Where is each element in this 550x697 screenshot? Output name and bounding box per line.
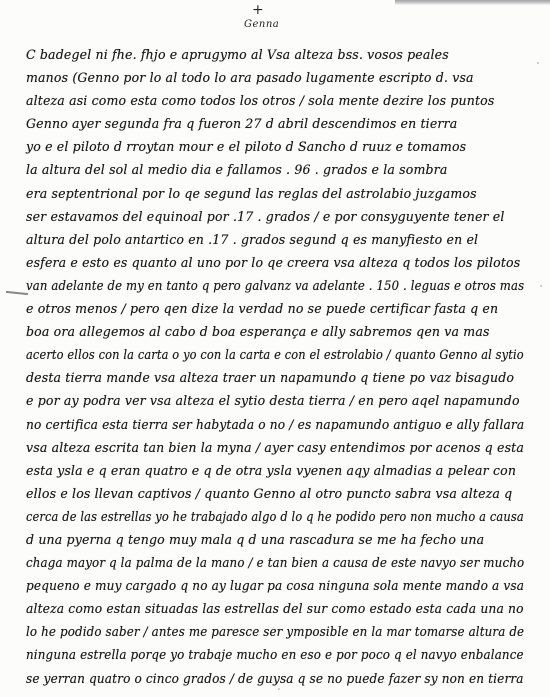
- text-line: chaga mayor q la palma de la mano / e ta…: [26, 551, 497, 574]
- text-line: van adelante de my en tanto q pero galva…: [26, 274, 490, 297]
- text-line: e por ay podra ver vsa alteza el sytio d…: [26, 389, 524, 412]
- text-line: desta tierra mande vsa alteza traer un n…: [26, 366, 524, 389]
- text-line: no certifica esta tierra ser habytada o …: [26, 413, 510, 436]
- paper-speck: [537, 62, 539, 64]
- text-line: esta ysla e q eran quatro e q de otra ys…: [26, 459, 524, 482]
- text-line: Genno ayer segunda fra q fueron 27 d abr…: [26, 112, 524, 135]
- manuscript-page: + Genna C badegel ni fhe. fhjo e aprugym…: [0, 0, 550, 697]
- text-line: la altura del sol al medio dia e fallamo…: [26, 158, 524, 181]
- cross-mark-icon: +: [252, 2, 264, 18]
- text-line: C badegel ni fhe. fhjo e aprugymo al Vsa…: [26, 43, 524, 66]
- text-line: lo he podido saber / antes me paresce se…: [26, 620, 497, 643]
- text-line: pequeno e muy cargado q no ay lugar pa c…: [26, 574, 507, 597]
- text-line: alteza como estan situadas las estrellas…: [26, 597, 515, 620]
- text-line: era septentrional por lo qe segund las r…: [26, 182, 524, 205]
- margin-pen-stroke: [6, 291, 28, 295]
- text-line: e otros menos / pero qen dize la verdad …: [26, 297, 524, 320]
- text-line: boa ora allegemos al cabo d boa esperanç…: [26, 320, 524, 343]
- text-line: ser estavamos del equinoal por .17 . gra…: [26, 205, 524, 228]
- text-line: cerca de las estrellas yo he trabajado a…: [26, 505, 480, 528]
- paper-speck: [540, 285, 542, 287]
- manuscript-body: C badegel ni fhe. fhjo e aprugymo al Vsa…: [26, 43, 526, 690]
- manuscript-heading: Genna: [244, 19, 279, 30]
- text-line: esfera e esto es quanto al uno por lo qe…: [26, 251, 524, 274]
- text-line: d una pyerna q tengo muy mala q d una ra…: [26, 528, 524, 551]
- paper-speck: [278, 688, 280, 690]
- text-line: manos (Genno por lo al todo lo ara pasad…: [26, 66, 524, 89]
- text-line: vsa alteza escrita tan bien la myna / ay…: [26, 436, 524, 459]
- text-line: alteza asi como esta como todos los otro…: [26, 89, 524, 112]
- text-line: se yerran quatro o cinco grados / de guy…: [26, 667, 506, 690]
- text-line: altura del polo antartico en .17 . grado…: [26, 228, 524, 251]
- text-line: ninguna estrella porqe yo trabaje mucho …: [26, 643, 498, 666]
- text-line: yo e el piloto d rroytan mour e el pilot…: [26, 135, 524, 158]
- text-line: ellos e los llevan captivos / quanto Gen…: [26, 482, 524, 505]
- text-line: acerto ellos con la carta o yo con la ca…: [26, 343, 479, 366]
- scan-edge-shadow: [395, 0, 550, 5]
